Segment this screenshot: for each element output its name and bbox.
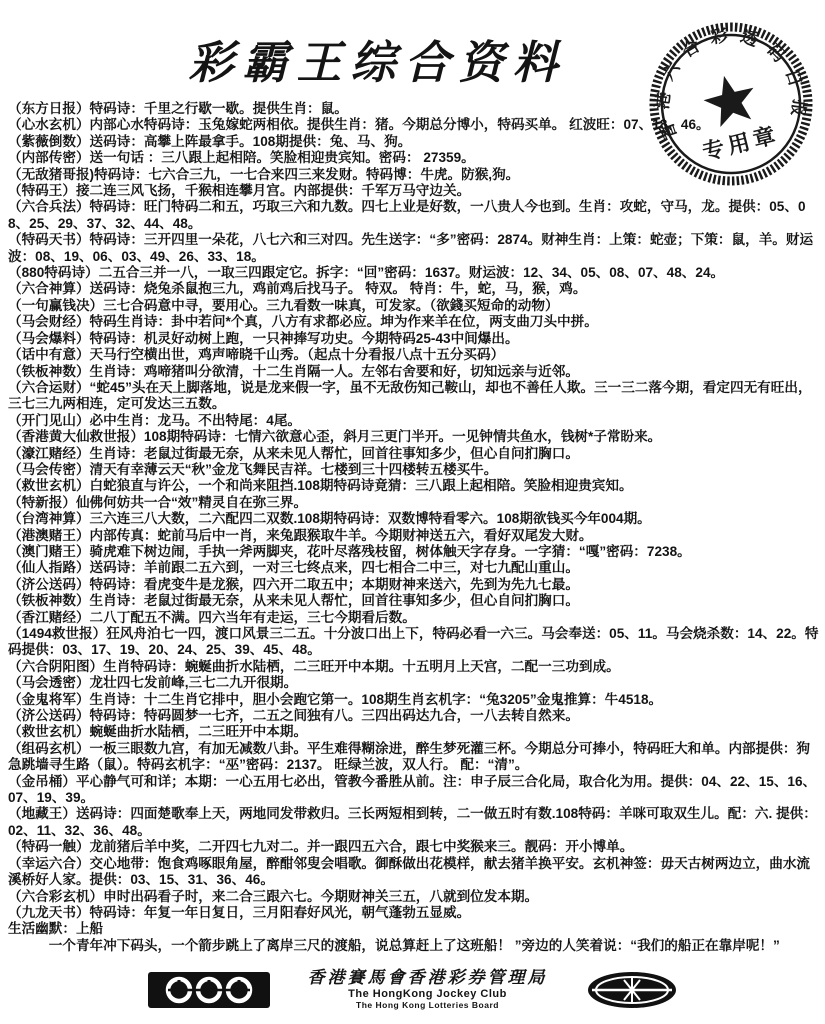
info-line: （组码玄机）一板三眼数九宫，有加无减数八卦。平生难得糊涂进，醉生梦死灌三杯。今期… (8, 741, 819, 774)
info-line: （港澳赌王）内部传真：蛇前马后中一肖，来兔跟猴取牛羊。今期财神送五六，看好双尾发… (8, 528, 819, 544)
info-line: （六合神算）送码诗：烧兔杀鼠抱三九，鸡前鸡后找马子。 特双。 特肖：牛，蛇，马，… (8, 281, 819, 297)
info-line: （救世玄机）蜿蜒曲折水陆栖，二三旺开中本期。 (8, 724, 819, 740)
info-line: （1494救世报）狂风舟泊七一四，渡口风景三二五。十分波口出上下，特码必看一六三… (8, 626, 819, 659)
org-subname-english: The Hong Kong Lotteries Board (308, 1001, 548, 1010)
info-line: （内部传密）送一句话 ：三八跟上起相陪。笑脸相迎贵宾知。密码： 27359。 (8, 150, 819, 166)
info-lines-list: （东方日报）特码诗：千里之行歇一歇。提供生肖：鼠。 （心水玄机）内部心水特码诗：… (8, 101, 819, 954)
info-line: （一句赢钱决）三七合码意中寻，要用心。三九看数一味真，可发家。（欲錢买短命的动物… (8, 298, 819, 314)
info-line: 一个青年冲下码头，一个箭步跳上了离岸三尺的渡船，说总算赶上了这班船！ ”旁边的人… (8, 938, 819, 954)
info-line: （特码天书）特码诗：三开四里一朵花，八七六和三对四。先生送字：“多”密码：287… (8, 232, 819, 265)
info-line: （马会透密）龙壮四七发前峰,三七二九开很期。 (8, 675, 819, 691)
info-line: （马会传密）清天有幸薄云天“秋”金龙飞舞民吉祥。七楼到三十四楼转五楼买牛。 (8, 462, 819, 478)
info-line: （马会爆料）特码诗：机灵好动树上跑，一只神捧写功史。今期特码25-43中间爆出。 (8, 331, 819, 347)
info-line: （济公送码）特码诗：看虎变牛是龙猴，四六开二取五中；本期财神来送六，先到为先九七… (8, 577, 819, 593)
info-line: （仙人指路）送码诗：羊前跟二五六到，一对三七终点来，四七相合二中三，对七九配山重… (8, 560, 819, 576)
info-line: （六合兵法）特码诗：旺门特码二和五，巧取三六和九数。四七上业是好数，一八贵人今也… (8, 199, 819, 232)
info-line: （马会财经）特码生肖诗：卦中若问*个真，八方有求都必应。坤为作来羊在位，两支曲刀… (8, 314, 819, 330)
info-line: （六合彩玄机）申时出码看子时，来二合三跟六七。今期财神关三五，八就到位发本期。 (8, 889, 819, 905)
info-line: （心水玄机）内部心水特码诗：玉兔嫁蛇两相依。提供生肖：猪。今期总分博小，特码买单… (8, 117, 819, 133)
info-line: （紫薇倒数）送码诗：高攀上阵最拿手。108期提供：兔、马、狗。 (8, 134, 819, 150)
info-line: （开门见山）必中生肖：龙马。不出特尾：4尾。 (8, 413, 819, 429)
info-line: （东方日报）特码诗：千里之行歇一歇。提供生肖：鼠。 (8, 101, 819, 117)
info-line: （铁板神数）生肖诗：老鼠过街最无奈，从来未见人帮忙，回首往事知多少，但心自问扪胸… (8, 593, 819, 609)
org-name-english: The HongKong Jockey Club (308, 989, 548, 1000)
info-line: （六合阴阳图）生肖特码诗：蜿蜒曲折水陆栖，二三旺开中本期。十五明月上天宫，二配一… (8, 659, 819, 675)
info-line: （六合运财）“蛇45”头在天上脚落地，说是龙来假一字，虽不无敌伤知己鞍山，却也不… (8, 380, 819, 413)
info-line: （澳门赌王）骑虎难下树边闹，手执一斧两脚夹，花叶尽落残枝留，树体触天字存身。一字… (8, 544, 819, 560)
info-line: （铁板神数）生肖诗：鸡啼猪叫分欲清，十二生肖隔一人。左邻右舍要和好，切知远亲与近… (8, 364, 819, 380)
info-line: （特新报）仙佛何妨共一合“效”精灵自在弥三界。 (8, 495, 819, 511)
jockey-club-logo (148, 972, 270, 1008)
lotteries-board-logo (586, 970, 678, 1010)
info-line: （台湾神算）三六连三八大数，二六配四二双数.108期特码诗：双数博特看零六。10… (8, 511, 819, 527)
info-line: （香港黄大仙救世报）108期特码诗：七情六欲意心歪，斜月三更门半开。一见钟情共鱼… (8, 429, 819, 445)
info-line: （特码一触）龙前猪后羊中奖，二开四七九对二。并一跟四五六合，跟七中奖猴来三。靓码… (8, 839, 819, 855)
info-line: （金吊桶）平心静气可和详；本期：一心五用七必出，管教今番胜从前。注：申子辰三合化… (8, 774, 819, 807)
info-line: （金鬼将军）生肖诗：十二生肖它排中，胆小会跑它第一。108期生肖玄机字：“兔32… (8, 692, 819, 708)
footer-organization: 香港賽馬會香港彩券管理局 The HongKong Jockey Club Th… (308, 970, 548, 1010)
info-line: （无敌猪哥报)特码诗：七六合三九，一七合来四三来发财。特码博：牛虎。防猴,狗。 (8, 167, 819, 183)
info-line: （九龙天书）特码诗：年复一年日复日，三月阳春好风光，朝气蓬勃五显威。 (8, 905, 819, 921)
info-line: （济公送码）特码诗：特码圆梦一七齐，二五之间独有八。三四出码达九合，一八去转自然… (8, 708, 819, 724)
info-line: （幸运六合）交心地带：饱食鸡啄眼角屋，醉酣邻叟会唱歌。御酥做出花模样，献去猪羊换… (8, 856, 819, 889)
info-line: （救世玄机）白蛇狼直与许公，一个和尚来阻挡.108期特码诗竟猜：三八跟上起相陪。… (8, 478, 819, 494)
info-line: （地藏王）送码诗：四面楚歌奉上天，两地同发带救归。三长两短相到转，二一做五时有数… (8, 806, 819, 839)
info-line: （濠江赌经）生肖诗：老鼠过街最无奈，从来未见人帮忙，回首往事知多少，但心自问扪胸… (8, 446, 819, 462)
info-line: （香江赌经）二八丁配五不满。四六当年有走运，三七今期看后数。 (8, 610, 819, 626)
info-line: 生活幽默：上船 (8, 921, 819, 937)
newspaper-page: 彩霸王综合资料 香港六合彩透码日报社 专用章 （东方日报）特码诗：千里之行歇一歇… (0, 0, 825, 1024)
org-name-chinese: 香港賽馬會香港彩券管理局 (308, 970, 548, 987)
footer: 香港賽馬會香港彩券管理局 The HongKong Jockey Club Th… (0, 970, 825, 1010)
info-line: （880特码诗）二五合三并一八，一取三四跟定它。拆字：“回”密码：1637。财运… (8, 265, 819, 281)
info-line: （话中有意）天马行空横出世，鸡声啼晓千山秀。（起点十分看报八点十五分买码） (8, 347, 819, 363)
info-line: （特码王）接二连三风飞扬，千猴相连攀月宫。内部提供：千军万马守边关。 (8, 183, 819, 199)
